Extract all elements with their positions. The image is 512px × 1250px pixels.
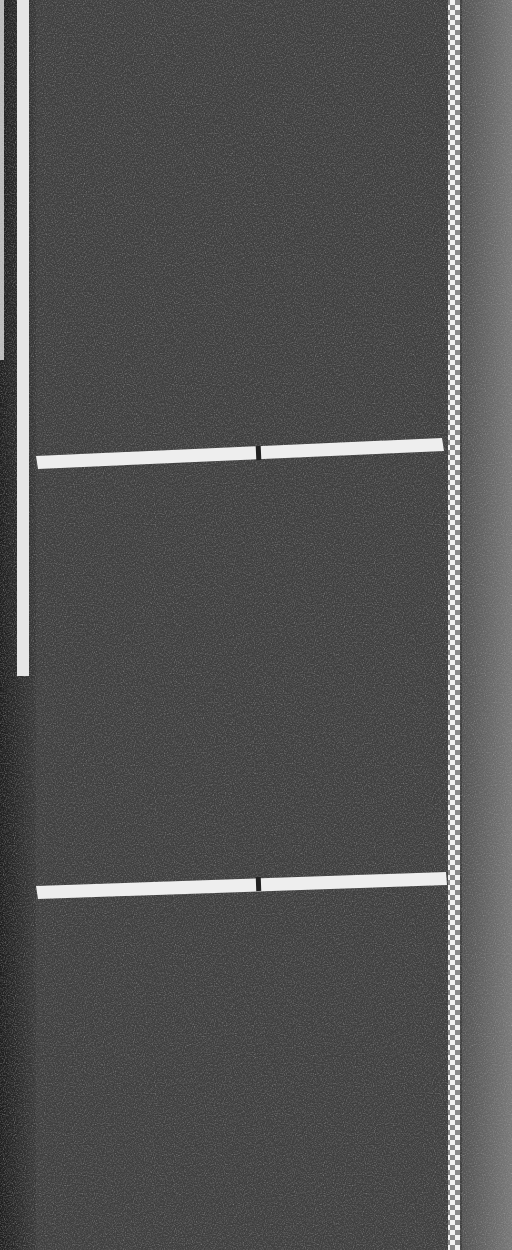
road-aerial-image <box>0 0 512 1250</box>
asphalt <box>0 0 512 1250</box>
left-solid-edge-line <box>17 0 29 676</box>
right-shoulder <box>462 0 512 1250</box>
right-checkered-edge-line <box>448 0 460 1250</box>
